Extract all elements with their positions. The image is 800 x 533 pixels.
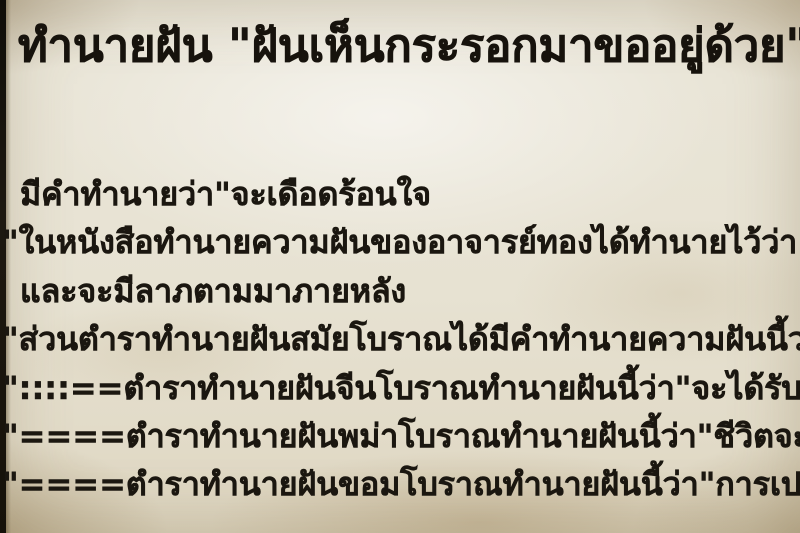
text-line: "====ตำราทำนายฝันพม่าโบราณทำนายฝันนี้ว่า…	[0, 412, 800, 460]
body-text: มีคำทำนายว่า"จะเดือดร้อนใจ "ในหนังสือทำน…	[0, 170, 800, 509]
page-title: ทำนายฝัน "ฝันเห็นกระรอกมาขออยู่ด้วย"	[18, 16, 800, 76]
text-line: "====ตำราทำนายฝันขอมโบราณทำนายฝันนี้ว่า"…	[0, 460, 800, 508]
text-line: "ส่วนตำราทำนายฝันสมัยโบราณได้มีคำทำนายคว…	[0, 315, 800, 363]
paper-background: ทำนายฝัน "ฝันเห็นกระรอกมาขออยู่ด้วย" มีค…	[0, 0, 800, 533]
text-line: มีคำทำนายว่า"จะเดือดร้อนใจ	[0, 170, 800, 218]
text-line: "ในหนังสือทำนายความฝันของอาจารย์ทองได้ทำ…	[0, 218, 800, 266]
text-line: และจะมีลาภตามมาภายหลัง	[0, 267, 800, 315]
text-line: "::::==ตำราทำนายฝันจีนโบราณทำนายฝันนี้ว่…	[0, 364, 800, 412]
